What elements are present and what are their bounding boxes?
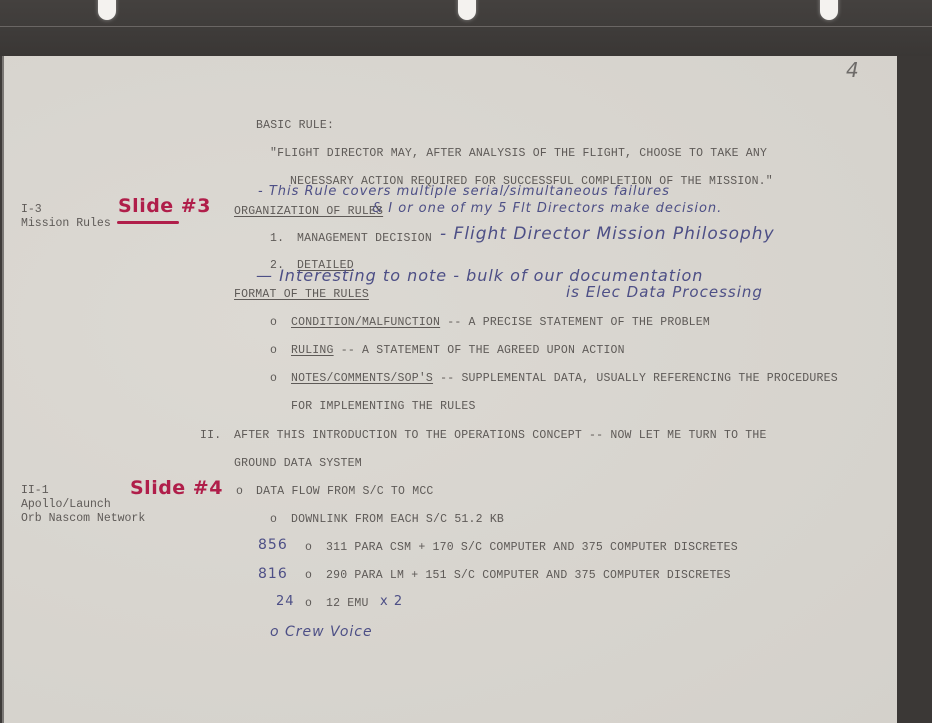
handwritten-flight-director-philosophy: - Flight Director Mission Philosophy [440,224,775,244]
item-1-text: MANAGEMENT DECISION [297,232,432,245]
data-flow-bullet: o [236,485,243,498]
format-term-notes: NOTES/COMMENTS/SOP'S [291,372,433,385]
margin-label-ii1: II-1 [21,484,49,498]
format-bullet-3: o [270,372,277,385]
downlink-bullet: o [270,513,277,526]
basic-rule-heading: BASIC RULE: [256,119,334,132]
binder-rule-line [0,26,932,27]
format-item-2: RULING -- A STATEMENT OF THE AGREED UPON… [291,344,625,357]
binder-hole-left [98,0,116,20]
binder-hole-center [458,0,476,20]
format-item-1: CONDITION/MALFUNCTION -- A PRECISE STATE… [291,316,710,329]
slide-3-annotation: Slide #3 [118,195,211,217]
downlink-text: DOWNLINK FROM EACH S/C 51.2 KB [291,513,504,526]
handwritten-times-2: x 2 [380,594,403,609]
binder-strip [0,0,932,56]
handwritten-note-failures: - This Rule covers multiple serial/simul… [258,184,670,199]
format-heading: FORMAT OF THE RULES [234,288,369,301]
page-number: 4 [846,58,859,82]
section-ii-numeral: II. [200,429,221,442]
handwritten-24: 24 [276,594,295,609]
emu-text: 12 EMU [326,597,369,610]
format-term-ruling: RULING [291,344,334,357]
format-continuation: FOR IMPLEMENTING THE RULES [291,400,476,413]
section-ii-line1: AFTER THIS INTRODUCTION TO THE OPERATION… [234,429,767,442]
format-bullet-2: o [270,344,277,357]
slide-4-annotation: Slide #4 [130,477,223,499]
handwritten-note-data-processing: is Elec Data Processing [566,283,763,301]
csm-bullet: o [305,541,312,554]
handwritten-note-decision: & I or one of my 5 Flt Directors make de… [372,201,722,216]
csm-params-text: 311 PARA CSM + 170 S/C COMPUTER AND 375 … [326,541,738,554]
item-1-number: 1. [270,232,284,245]
format-term-condition: CONDITION/MALFUNCTION [291,316,440,329]
red-underline-slide-3 [117,221,179,224]
handwritten-crew-voice: o Crew Voice [270,624,373,640]
margin-label-i3: I-3 [21,203,42,217]
binder-hole-right [820,0,838,20]
emu-bullet: o [305,597,312,610]
handwritten-856: 856 [258,537,288,553]
format-bullet-1: o [270,316,277,329]
data-flow-heading: DATA FLOW FROM S/C TO MCC [256,485,434,498]
format-item-3: NOTES/COMMENTS/SOP'S -- SUPPLEMENTAL DAT… [291,372,838,385]
margin-label-mission-rules: Mission Rules [21,217,111,231]
basic-rule-quote-line1: "FLIGHT DIRECTOR MAY, AFTER ANALYSIS OF … [270,147,767,160]
handwritten-816: 816 [258,566,288,582]
margin-label-nascom: Orb Nascom Network [21,512,145,526]
format-desc-ruling: -- A STATEMENT OF THE AGREED UPON ACTION [341,344,625,357]
lm-bullet: o [305,569,312,582]
format-desc-notes: -- SUPPLEMENTAL DATA, USUALLY REFERENCIN… [440,372,838,385]
format-desc-condition: -- A PRECISE STATEMENT OF THE PROBLEM [447,316,710,329]
organization-heading: ORGANIZATION OF RULES [234,205,383,218]
section-ii-line2: GROUND DATA SYSTEM [234,457,362,470]
page-edge-shadow [897,56,932,723]
lm-params-text: 290 PARA LM + 151 S/C COMPUTER AND 375 C… [326,569,731,582]
margin-label-apollo-launch: Apollo/Launch [21,498,111,512]
